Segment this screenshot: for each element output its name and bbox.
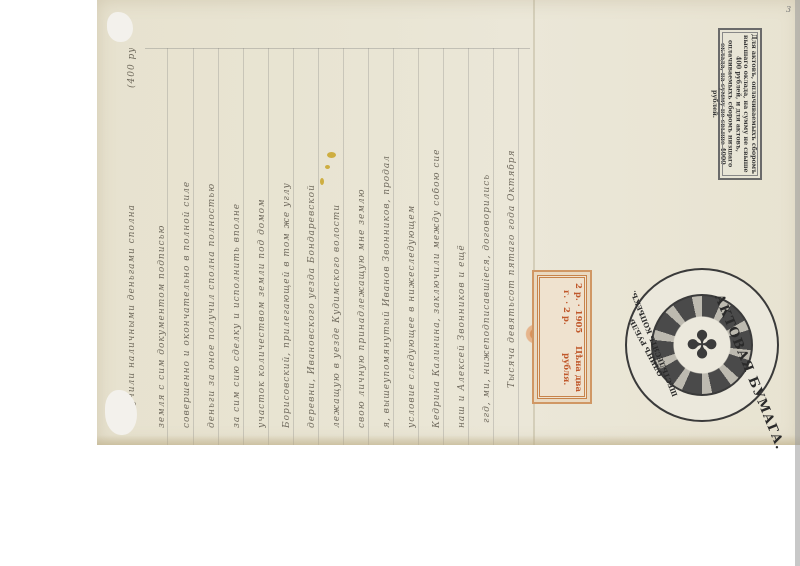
notice-text: Для актовъ, оплачиваемыхъ сборомъ высшаг…	[723, 34, 757, 174]
double-headed-eagle-icon: ✤	[679, 320, 725, 370]
handwritten-amount-note: (400 руб.)	[127, 48, 141, 88]
handwritten-line: земля с сим документом подписью	[157, 58, 171, 428]
stamp-price: Цѣна два рубля.	[540, 341, 584, 396]
ink-stain	[327, 152, 336, 158]
ruled-margin-line	[145, 48, 530, 49]
official-seal: ✤ АКТОВАЯ БУМАГА. ОДИНЪ РУБЛЬ ШЕСТЬДЕСЯТ…	[625, 268, 779, 422]
handwritten-line: лежащую в уезде Кудимского волости	[332, 58, 346, 428]
ink-stain	[325, 165, 330, 169]
handwritten-line: ггд, ми, нижеподписавшiеся, договорились	[482, 58, 496, 423]
handwritten-line: участок количеством земли под домом	[257, 58, 271, 428]
stamp-date-value: 2 р. · 1905 г. · 2 р.	[540, 278, 584, 337]
torn-paper-patch	[105, 390, 137, 435]
handwritten-line: Борисовский, прилегающей в том же углу	[282, 58, 296, 428]
handwritten-line: деньги за оное получил сполна полностью	[207, 58, 221, 428]
paper-bottom-edge	[97, 435, 800, 445]
handwritten-line: получили наличными деньгами сполна	[127, 95, 141, 425]
notice-box: Для актовъ, оплачиваемыхъ сборомъ высшаг…	[718, 28, 762, 180]
handwritten-line: свою личную принадлежащую мне землю	[357, 58, 371, 428]
torn-paper-patch	[107, 12, 133, 42]
handwritten-line: совершенно и окончательно в полной силе	[182, 58, 196, 428]
handwritten-line: наш и Алексей Звонников и ещё	[457, 58, 471, 428]
handwritten-first-line: Тысяча девятьсот пятаго года Октября	[507, 58, 521, 388]
handwritten-line: условие следующее в нижеследующем	[407, 58, 421, 428]
handwritten-line: Кедрина Калинина, заключили между собою …	[432, 58, 446, 428]
scan-edge	[795, 0, 800, 566]
handwritten-line: за сим сию сделку и исполнить вполне	[232, 58, 246, 428]
paper-fold	[533, 0, 535, 445]
revenue-stamp: 2 р. · 1905 г. · 2 р. Цѣна два рубля.	[537, 275, 587, 399]
handwritten-line: я, вышеупомянутый Иванов Звонников, прод…	[382, 58, 396, 428]
page-number-mark: 3	[786, 5, 791, 14]
ink-stain	[320, 178, 324, 185]
handwritten-line: деревни, Ивановского уезда Бондаревской	[307, 58, 321, 428]
